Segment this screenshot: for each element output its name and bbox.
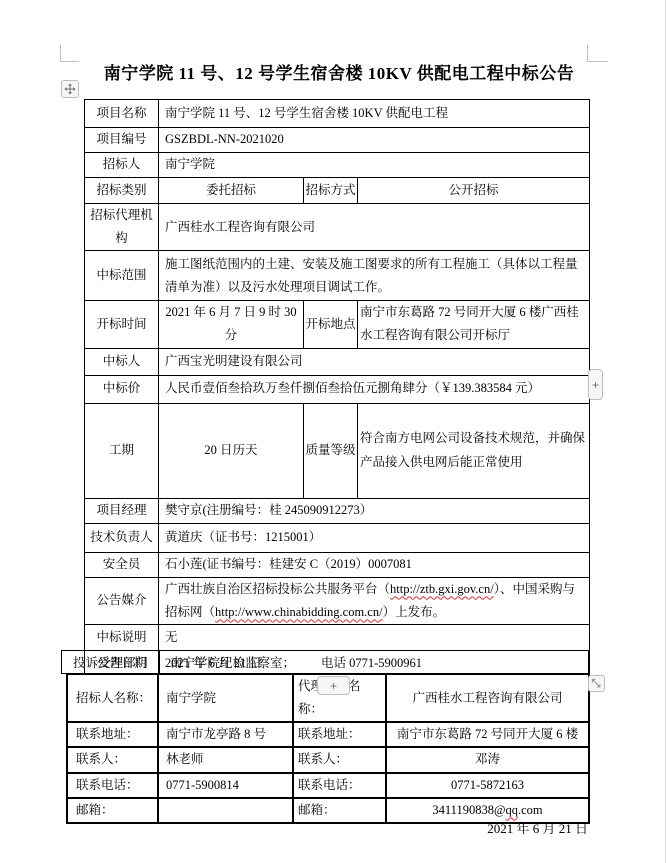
page-title[interactable]: 南宁学院 11 号、12 号学生宿舍楼 10KV 供配电工程中标公告 xyxy=(84,59,594,84)
field-label[interactable]: 招标人名称： xyxy=(67,674,158,722)
field-value[interactable]: 广西桂水工程咨询有限公司 xyxy=(386,674,589,722)
email-suffix: .com xyxy=(518,803,543,817)
field-label[interactable]: 开标时间 xyxy=(85,301,159,348)
field-value[interactable]: 20 日历天 xyxy=(159,403,304,498)
field-label[interactable]: 质量等级 xyxy=(304,403,358,498)
table-row: 招标类别 委托招标 招标方式 公开招标 xyxy=(85,178,590,204)
table-row: 中标价 人民币壹佰叁拾玖万叁仟捌佰叁拾伍元捌角肆分（￥139.383584 元） xyxy=(85,375,590,403)
field-label[interactable]: 开标地点 xyxy=(304,301,358,348)
insert-column-button[interactable]: + xyxy=(317,676,350,695)
field-label[interactable]: 招标代理机构 xyxy=(85,204,159,251)
field-value[interactable]: 樊守京(注册编号：桂 245090912273） xyxy=(159,498,590,523)
field-value[interactable]: 广西宝光明建设有限公司 xyxy=(159,348,590,375)
email-flagged-part: qq xyxy=(505,803,518,817)
table-row: 联系地址： 南宁市龙亭路 8 号 联系地址： 南宁市东葛路 72 号同开大厦 6… xyxy=(67,722,589,747)
field-label[interactable]: 中标范围 xyxy=(85,251,159,301)
field-value[interactable]: 南宁学院 xyxy=(158,674,293,722)
field-label[interactable]: 招标方式 xyxy=(304,178,358,204)
contact-table: 招标人名称： 南宁学院 代理机构名称： 广西桂水工程咨询有限公司 联系地址： 南… xyxy=(66,673,590,824)
field-label[interactable]: 联系电话： xyxy=(293,773,386,798)
table-row: 联系电话： 0771-5900814 联系电话： 0771-5872163 xyxy=(67,773,589,798)
table-row: 开标时间 2021 年 6 月 7 日 9 时 30 分 开标地点 南宁市东葛路… xyxy=(85,301,590,348)
field-label[interactable]: 技术负责人 xyxy=(85,523,159,552)
field-label[interactable]: 项目名称 xyxy=(85,100,159,128)
table-row: 中标说明 无 xyxy=(85,624,590,650)
field-value[interactable]: 0771-5872163 xyxy=(386,773,589,798)
field-label[interactable]: 联系电话： xyxy=(67,773,158,798)
field-value[interactable]: 0771-5900814 xyxy=(158,773,293,798)
field-value[interactable]: 南宁市东葛路 72 号同开大厦 6 楼广西桂水工程咨询有限公司开标厅 xyxy=(358,301,590,348)
field-value[interactable]: GSZBDL-NN-2021020 xyxy=(159,128,590,153)
field-value[interactable]: 南宁市龙亭路 8 号 xyxy=(158,722,293,747)
field-value[interactable]: 施工图纸范围内的土建、安装及施工图要求的所有工程施工（具体以工程量清单为准）以及… xyxy=(159,251,590,301)
field-value[interactable]: 人民币壹佰叁拾玖万叁仟捌佰叁拾伍元捌角肆分（￥139.383584 元） xyxy=(159,375,590,403)
table-row: 中标范围 施工图纸范围内的土建、安装及施工图要求的所有工程施工（具体以工程量清单… xyxy=(85,251,590,301)
field-value[interactable]: 广西桂水工程咨询有限公司 xyxy=(159,204,590,251)
field-value[interactable]: 符合南方电网公司设备技术规范，并确保产品接入供电网后能正常使用 xyxy=(358,403,590,498)
main-info-table: 项目名称 南宁学院 11 号、12 号学生宿舍楼 10KV 供配电工程 项目编号… xyxy=(84,99,590,678)
field-label[interactable]: 邮箱： xyxy=(67,798,158,823)
field-label[interactable]: 中标人 xyxy=(85,348,159,375)
field-label[interactable]: 联系地址： xyxy=(67,722,158,747)
complaint-phone: 电话 0771-5900961 xyxy=(321,653,422,671)
table-row: 安全员 石小莲(证书编号：桂建安 C（2019）0007081 xyxy=(85,552,590,577)
field-value[interactable]: 广西壮族自治区招标投标公共服务平台（http://ztb.gxi.gov.cn/… xyxy=(159,577,590,624)
field-label[interactable]: 中标价 xyxy=(85,375,159,403)
field-label[interactable]: 联系人： xyxy=(293,747,386,772)
field-value[interactable]: 南宁学院 xyxy=(159,153,590,178)
field-value[interactable]: 公开招标 xyxy=(358,178,590,204)
field-value[interactable]: 2021 年 6 月 7 日 9 时 30 分 xyxy=(159,301,304,348)
insert-row-button[interactable]: + xyxy=(588,369,603,400)
field-value[interactable]: 石小莲(证书编号：桂建安 C（2019）0007081 xyxy=(159,552,590,577)
table-resize-handle[interactable] xyxy=(588,675,605,692)
field-value[interactable] xyxy=(158,798,293,823)
field-label[interactable]: 公告媒介 xyxy=(85,577,159,624)
field-value[interactable]: 南宁市东葛路 72 号同开大厦 6 楼 xyxy=(386,722,589,747)
table-row: 项目名称 南宁学院 11 号、12 号学生宿舍楼 10KV 供配电工程 xyxy=(85,100,590,128)
field-value[interactable]: 邓涛 xyxy=(386,747,589,772)
table-row: 招标人 南宁学院 xyxy=(85,153,590,178)
table-row: 招标代理机构 广西桂水工程咨询有限公司 xyxy=(85,204,590,251)
complaint-department-row: 投诉受理部门 南宁学院纪检监察室； 电话 0771-5900961 xyxy=(61,650,589,674)
table-row: 技术负责人 黄道庆（证书号：1215001） xyxy=(85,523,590,552)
field-label[interactable]: 项目编号 xyxy=(85,128,159,153)
field-value[interactable]: 无 xyxy=(159,624,590,650)
field-value[interactable]: 委托招标 xyxy=(159,178,304,204)
table-row: 工期 20 日历天 质量等级 符合南方电网公司设备技术规范，并确保产品接入供电网… xyxy=(85,403,590,498)
field-label[interactable]: 安全员 xyxy=(85,552,159,577)
table-row: 项目经理 樊守京(注册编号：桂 245090912273） xyxy=(85,498,590,523)
field-label[interactable]: 联系人： xyxy=(67,747,158,772)
field-label[interactable]: 工期 xyxy=(85,403,159,498)
field-label[interactable]: 招标类别 xyxy=(85,178,159,204)
field-value[interactable]: 南宁学院 11 号、12 号学生宿舍楼 10KV 供配电工程 xyxy=(159,100,590,128)
window-edge-line xyxy=(665,0,666,863)
field-value[interactable]: 黄道庆（证书号：1215001） xyxy=(159,523,590,552)
margin-crop-mark-left xyxy=(60,45,79,62)
media-text: 广西壮族自治区招标投标公共服务平台（ xyxy=(165,582,390,596)
field-label[interactable]: 联系地址： xyxy=(293,722,386,747)
table-row: 公告媒介 广西壮族自治区招标投标公共服务平台（http://ztb.gxi.go… xyxy=(85,577,590,624)
field-label[interactable]: 项目经理 xyxy=(85,498,159,523)
table-row: 中标人 广西宝光明建设有限公司 xyxy=(85,348,590,375)
chinabidding-url[interactable]: http://www.chinabidding.com.cn/ xyxy=(215,605,383,619)
diagonal-resize-icon xyxy=(591,678,602,689)
field-label[interactable]: 中标说明 xyxy=(85,624,159,650)
field-label[interactable]: 招标人 xyxy=(85,153,159,178)
complaint-dept: 南宁学院纪检监察室； xyxy=(170,653,295,671)
email-prefix: 3411190838@ xyxy=(432,803,505,817)
table-row: 项目编号 GSZBDL-NN-2021020 xyxy=(85,128,590,153)
move-cross-icon xyxy=(64,83,76,95)
field-label[interactable]: 投诉受理部门 xyxy=(62,653,159,671)
media-text: ）上发布。 xyxy=(383,605,446,619)
field-label[interactable]: 邮箱： xyxy=(293,798,386,823)
document-date[interactable]: 2021 年 6 月 21 日 xyxy=(388,818,588,837)
table-row: 联系人： 林老师 联系人： 邓涛 xyxy=(67,747,589,772)
field-value[interactable]: 南宁学院纪检监察室； 电话 0771-5900961 xyxy=(159,651,588,673)
platform-url[interactable]: http://ztb.gxi.gov.cn/ xyxy=(390,582,494,596)
table-move-handle[interactable] xyxy=(61,80,79,98)
field-value[interactable]: 林老师 xyxy=(158,747,293,772)
